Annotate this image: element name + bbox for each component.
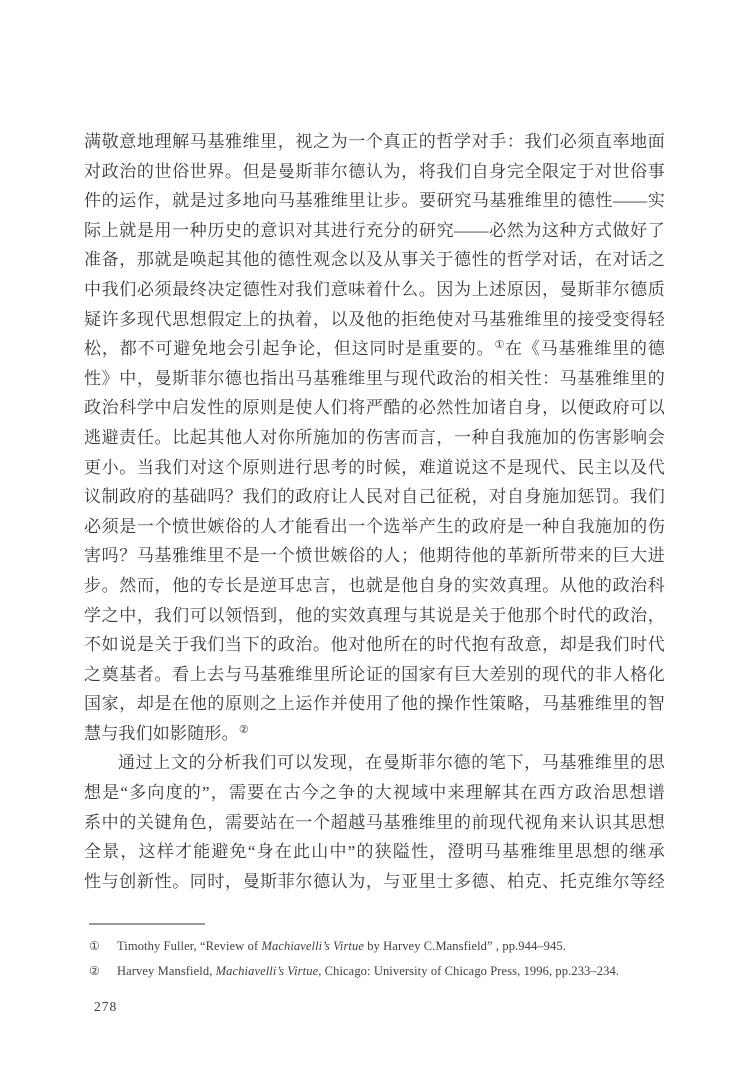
body-text-line: 件的运作，就是过多地向马基雅维里让步。要研究马基雅维里的德性——实 xyxy=(84,186,665,216)
body-text-line: 议制政府的基础吗？我们的政府让人民对自己征税，对自身施加惩罚。我们 xyxy=(84,482,665,512)
footnote-ref: ② xyxy=(239,724,249,736)
body-text-line: 政治科学中启发性的原则是使人们将严酷的必然性加诸自身，以便政府可以 xyxy=(84,393,665,423)
body-text-line: 逃避责任。比起其他人对你所施加的伤害而言，一种自我施加的伤害影响会 xyxy=(84,423,665,453)
body-text-line: 害吗？马基雅维里不是一个愤世嫉俗的人；他期待他的革新所带来的巨大进 xyxy=(84,541,665,571)
body-text-line: 系中的关键角色，需要站在一个超越马基雅维里的前现代视角来认识其思想 xyxy=(84,808,665,838)
body-text-line: 中我们必须最终决定德性对我们意味着什么。因为上述原因，曼斯菲尔德质 xyxy=(84,275,665,305)
footnote-separator xyxy=(89,923,205,925)
body-text-line: 步。然而，他的专长是逆耳忠言，也就是他自身的实效真理。从他的政治科 xyxy=(84,571,665,601)
body-text-line: 对政治的世俗世界。但是曼斯菲尔德认为，将我们自身完全限定于对世俗事 xyxy=(84,157,665,187)
footnote-ref: ① xyxy=(494,339,505,351)
body-text-line: 学之中，我们可以领悟到，他的实效真理与其说是关于他那个时代的政治， xyxy=(84,601,665,631)
body-text: 满敬意地理解马基雅维里，视之为一个真正的哲学对手：我们必须直率地面对政治的世俗世… xyxy=(84,127,665,896)
body-text-line: 全景，这样才能避免“身在此山中”的狭隘性，澄明马基雅维里思想的继承 xyxy=(84,837,665,867)
page-number: 278 xyxy=(94,999,117,1015)
footnotes-section: ①Timothy Fuller, “Review of Machiavelli’… xyxy=(89,923,665,984)
footnote-item: ②Harvey Mansfield, Machiavelli’s Virtue,… xyxy=(89,959,665,984)
body-text-line: 不如说是关于我们当下的政治。他对他所在的时代抱有敌意，却是我们时代 xyxy=(84,630,665,660)
body-text-line: 想是“多向度的”，需要在古今之争的大视域中来理解其在西方政治思想谱 xyxy=(84,778,665,808)
body-text-line: 通过上文的分析我们可以发现，在曼斯菲尔德的笔下，马基雅维里的思 xyxy=(84,748,665,778)
body-text-line: 际上就是用一种历史的意识对其进行充分的研究——必然为这种方式做好了 xyxy=(84,216,665,246)
footnote-marker: ② xyxy=(89,959,117,984)
book-page: 满敬意地理解马基雅维里，视之为一个真正的哲学对手：我们必须直率地面对政治的世俗世… xyxy=(0,0,750,1087)
body-text-line: 满敬意地理解马基雅维里，视之为一个真正的哲学对手：我们必须直率地面 xyxy=(84,127,665,157)
footnote-list: ①Timothy Fuller, “Review of Machiavelli’… xyxy=(89,934,665,984)
footnote-marker: ① xyxy=(89,934,117,959)
footnote-item: ①Timothy Fuller, “Review of Machiavelli’… xyxy=(89,934,665,959)
body-text-line: 疑许多现代思想假定上的执着，以及他的拒绝使对马基雅维里的接受变得轻 xyxy=(84,305,665,335)
body-text-line: 之奠基者。看上去与马基雅维里所论证的国家有巨大差别的现代的非人格化 xyxy=(84,660,665,690)
footnote-text: Harvey Mansfield, Machiavelli’s Virtue, … xyxy=(117,959,665,984)
body-text-line: 更小。当我们对这个原则进行思考的时候，难道说这不是现代、民主以及代 xyxy=(84,453,665,483)
body-text-line: 松，都不可避免地会引起争论，但这同时是重要的。①在《马基雅维里的德 xyxy=(84,334,665,364)
body-text-line: 性与创新性。同时，曼斯菲尔德认为，与亚里士多德、柏克、托克维尔等经 xyxy=(84,867,665,897)
footnote-text: Timothy Fuller, “Review of Machiavelli’s… xyxy=(117,934,665,959)
body-text-line: 必须是一个愤世嫉俗的人才能看出一个选举产生的政府是一种自我施加的伤 xyxy=(84,512,665,542)
body-text-line: 性》中，曼斯菲尔德也指出马基雅维里与现代政治的相关性：马基雅维里的 xyxy=(84,364,665,394)
body-text-line: 准备，那就是唤起其他的德性观念以及从事关于德性的哲学对话，在对话之 xyxy=(84,245,665,275)
body-text-line: 慧与我们如影随形。② xyxy=(84,719,665,749)
body-text-line: 国家，却是在他的原则之上运作并使用了他的操作性策略，马基雅维里的智 xyxy=(84,689,665,719)
